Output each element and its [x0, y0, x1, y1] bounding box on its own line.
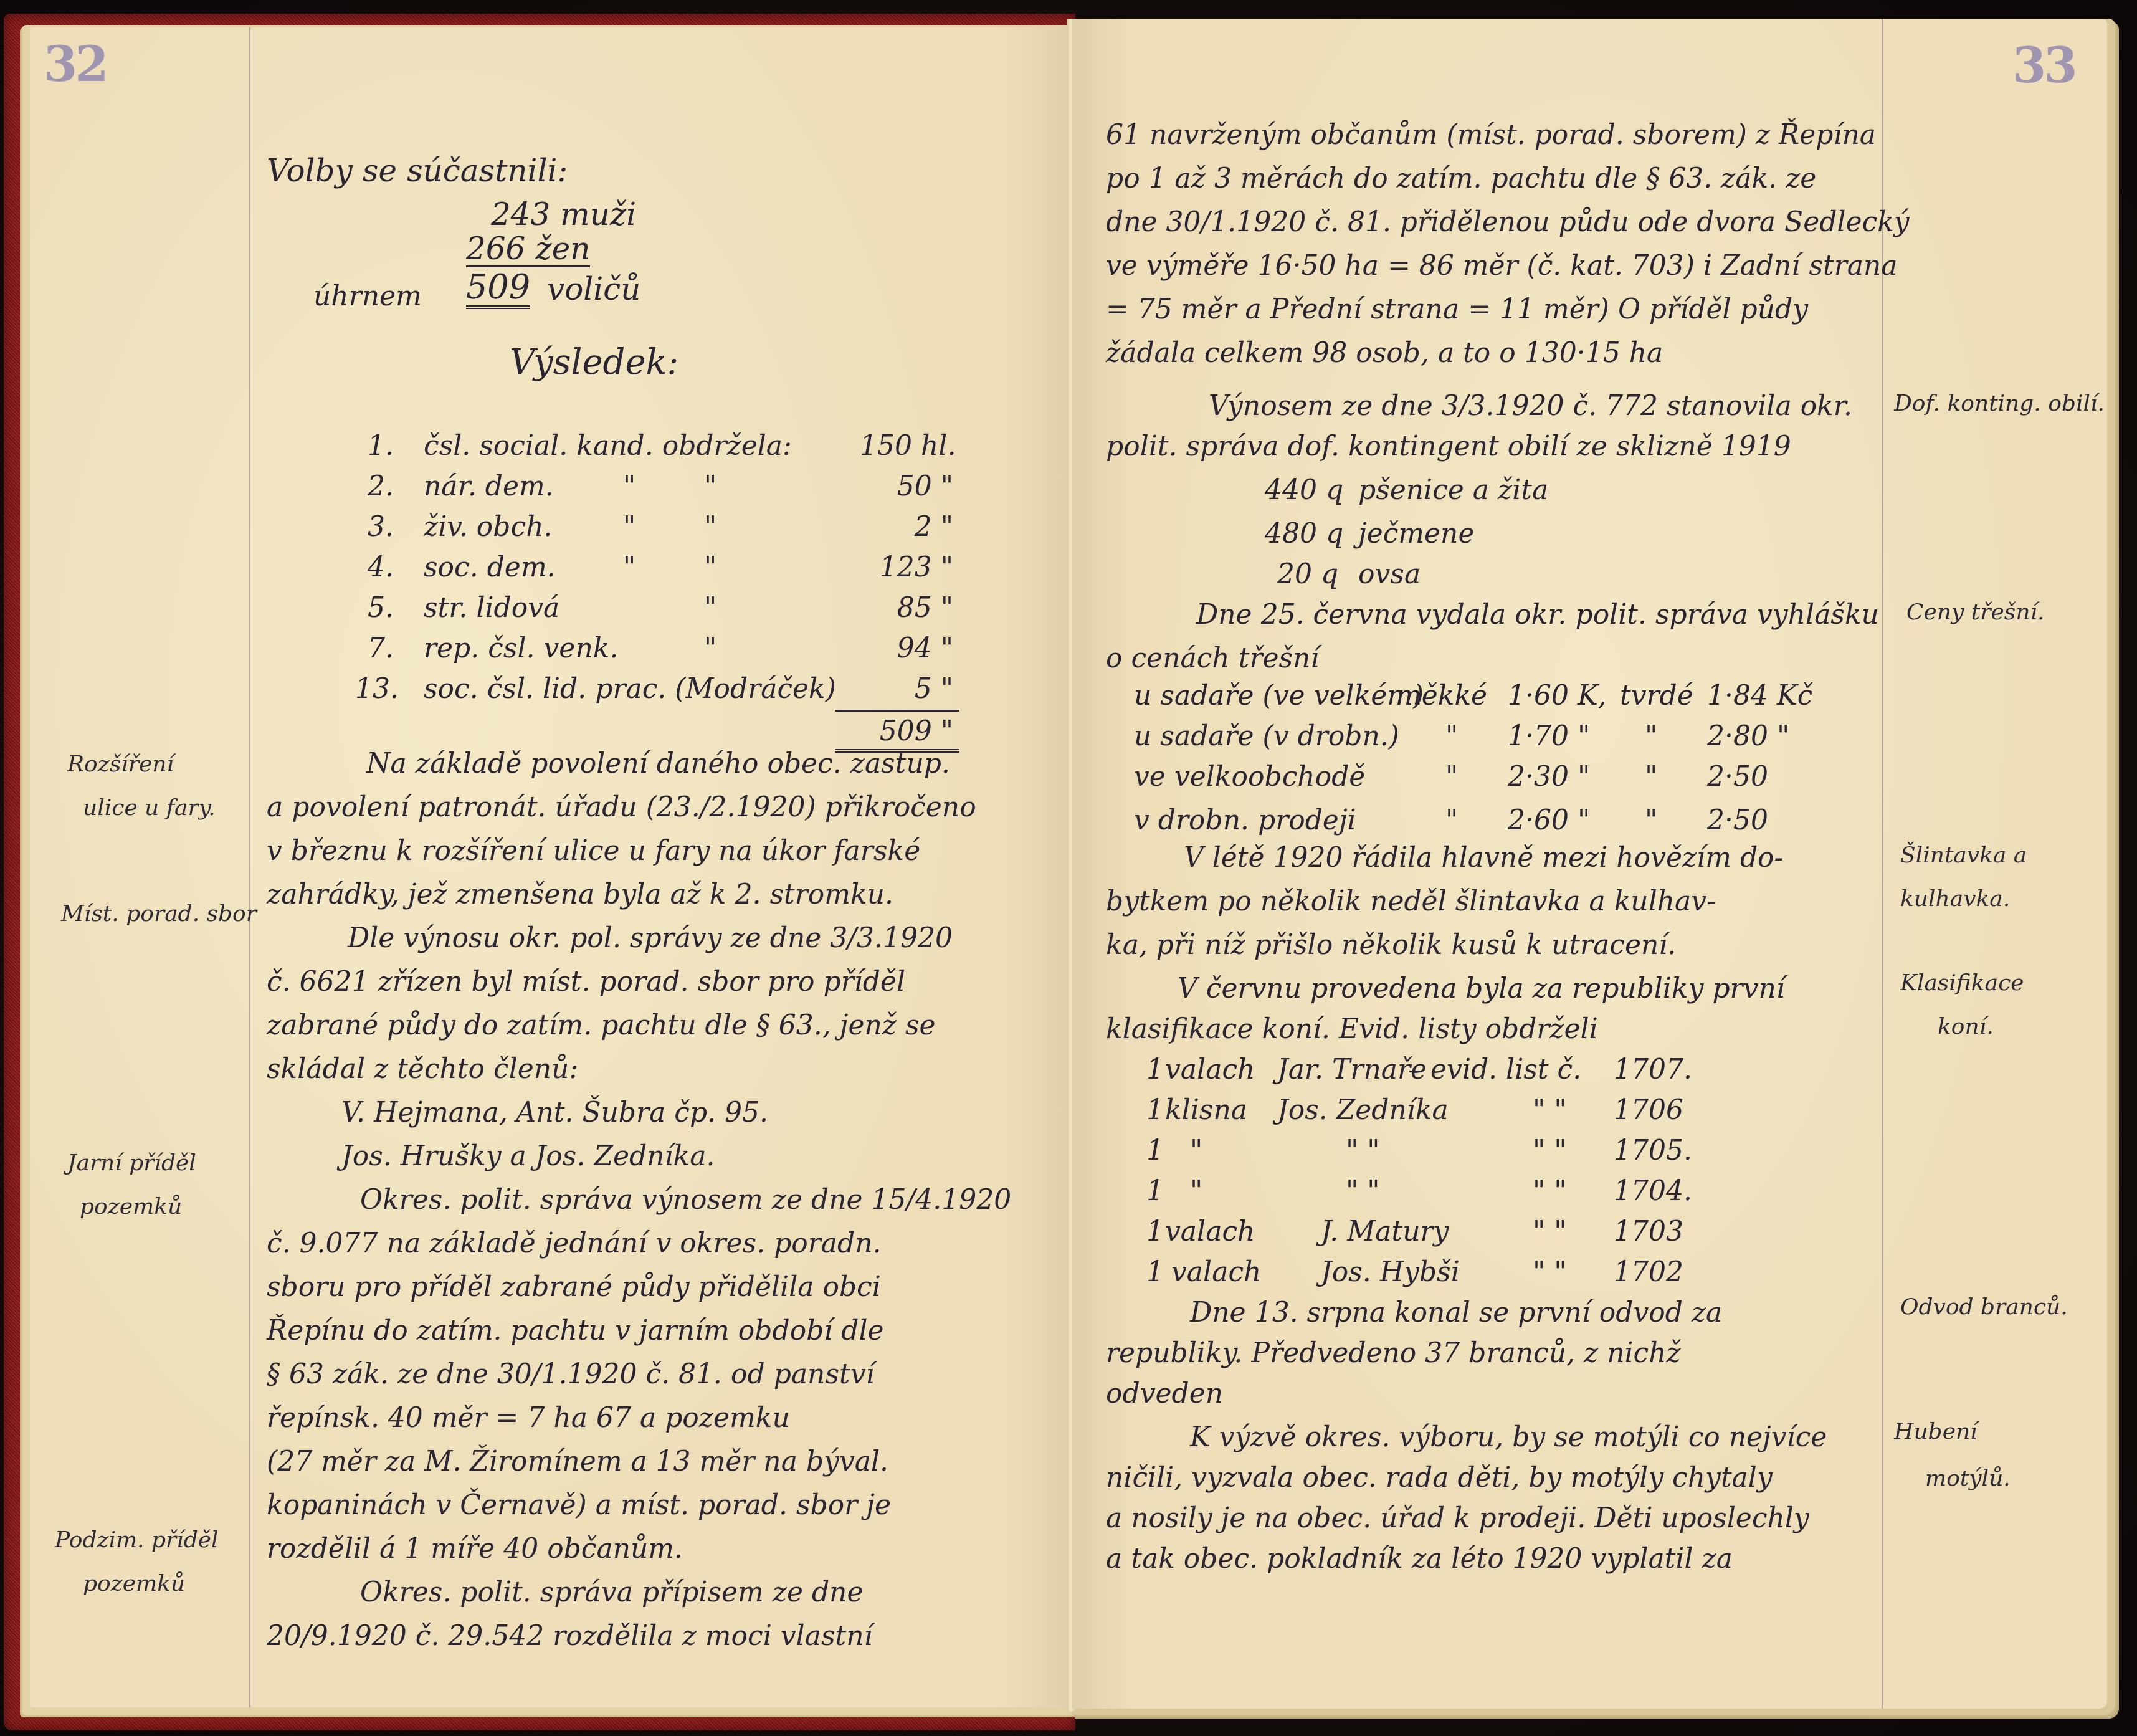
margin-note: Ceny třešní. — [1906, 601, 2044, 624]
grain-quota-amount: 20 q — [1277, 561, 1338, 588]
price-row: u sadaře (v drobn.) " 1·70 " " 2·80 " — [1072, 723, 1944, 754]
margin-note: Odvod branců. — [1900, 1296, 2068, 1319]
text-line: a povolení patronát. úřadu (23./2.1920) … — [267, 794, 976, 821]
margin-note: Podzim. příděl — [55, 1529, 219, 1552]
text-line: Dle výnosu okr. pol. správy ze dne 3/3.1… — [348, 925, 953, 952]
election-men: 243 muži — [491, 199, 636, 230]
text-line: rozdělil á 1 míře 40 občanům. — [267, 1535, 683, 1563]
grain-quota-crop: ječmene — [1358, 520, 1474, 548]
text-line: ka, při níž přišlo několik kusů k utrace… — [1106, 932, 1676, 959]
text-line: Na základě povolení daného obec. zastup. — [366, 750, 950, 778]
horse-row: 1 " " " " " 1704. — [1072, 1178, 1819, 1209]
margin-note: Jarní příděl — [67, 1152, 196, 1175]
right-page: 33 61 navrženým občanům (míst. porad. sb… — [1072, 19, 2107, 1709]
text-line: klasifikace koní. Evid. listy obdrželi — [1106, 1016, 1598, 1043]
election-total-value: 509 — [466, 270, 530, 309]
margin-note: koní. — [1938, 1016, 1994, 1038]
text-line: Jos. Hrušky a Jos. Zedníka. — [341, 1143, 715, 1170]
text-line: a tak obec. pokladník za léto 1920 vypla… — [1106, 1545, 1733, 1573]
margin-note: ulice u fary. — [83, 797, 216, 819]
results-row: 2. nár. dem. " " 50 " — [30, 473, 1042, 504]
text-line: 61 navrženým občanům (míst. porad. sbore… — [1106, 122, 1876, 149]
text-line: zahrádky, jež zmenšena byla až k 2. stro… — [267, 881, 893, 909]
text-line: V. Hejmana, Ant. Šubra čp. 95. — [341, 1099, 768, 1127]
text-line: (27 měr za M. Žiromínem a 13 měr na býva… — [267, 1448, 888, 1476]
text-line: sboru pro příděl zabrané půdy přidělila … — [267, 1274, 881, 1301]
text-line: 20/9.1920 č. 29.542 rozdělila z moci vla… — [267, 1623, 873, 1650]
text-line: řepínsk. 40 měr = 7 ha 67 a pozemku — [267, 1405, 790, 1432]
text-line: Dne 13. srpna konal se první odvod za — [1190, 1299, 1722, 1327]
text-line: zabrané půdy do zatím. pachtu dle § 63.,… — [267, 1012, 936, 1039]
grain-quota-crop: pšenice a žita — [1358, 477, 1548, 504]
price-row: u sadaře (ve velkém) měkké 1·60 K, tvrdé… — [1072, 682, 1944, 713]
margin-note: Míst. porad. sbor — [61, 903, 257, 925]
grain-quota-amount: 480 q — [1265, 520, 1343, 548]
sum-rule — [835, 710, 959, 712]
horse-row: 1 valach Jos. Hybši " " 1702 — [1072, 1259, 1819, 1290]
results-heading: Výsledek: — [510, 345, 678, 380]
horse-row: 1 valach Jar. Trnaře – evid. list č. 170… — [1072, 1056, 1819, 1087]
results-row: 5. str. lidová " 85 " — [30, 594, 1042, 626]
text-line: polit. správa dof. kontingent obilí ze s… — [1106, 433, 1791, 460]
left-page: 32 Volby se súčastnili: 243 muži 266 žen… — [30, 27, 1072, 1707]
text-line: ničili, vyzvala obec. rada děti, by motý… — [1106, 1464, 1773, 1492]
margin-note: pozemků — [83, 1573, 185, 1595]
horse-row: 1 valach J. Matury " " 1703 — [1072, 1218, 1819, 1249]
margin-note: motýlů. — [1925, 1467, 2011, 1490]
text-line: žádala celkem 98 osob, a to o 130·15 ha — [1106, 340, 1663, 367]
text-line: kopaninách v Černavě) a míst. porad. sbo… — [267, 1492, 891, 1519]
text-line: v březnu k rozšíření ulice u fary na úko… — [267, 837, 920, 865]
margin-note: Hubení — [1894, 1421, 1978, 1443]
margin-note: Rozšíření — [67, 753, 174, 776]
margin-note: kulhavka. — [1900, 888, 2010, 910]
horse-row: 1 klisna Jos. Zedníka " " 1706 — [1072, 1097, 1819, 1128]
text-line: Okres. polit. správa výnosem ze dne 15/4… — [360, 1186, 1011, 1214]
text-line: Řepínu do zatím. pachtu v jarním období … — [267, 1317, 884, 1345]
margin-note: Šlintavka a — [1900, 844, 2027, 867]
price-row: ve velkoobchodě " 2·30 " " 2·50 — [1072, 763, 1944, 794]
election-heading: Volby se súčastnili: — [267, 155, 568, 186]
margin-note: Klasifikace — [1900, 972, 2024, 994]
text-line: č. 6621 zřízen byl míst. porad. sbor pro… — [267, 968, 905, 996]
text-line: č. 9.077 na základě jednání v okres. por… — [267, 1230, 882, 1257]
margin-note: pozemků — [80, 1196, 182, 1218]
page-number-stamp: 33 — [2012, 37, 2075, 94]
results-row: 1. čsl. social. kand. obdržela: 150 hl. — [30, 432, 1042, 464]
results-sum-row: 509 " — [30, 718, 1042, 749]
results-row: 4. soc. dem. " " 123 " — [30, 554, 1042, 585]
election-total-label: úhrnem — [313, 283, 422, 310]
text-line: K výzvě okres. výboru, by se motýli co n… — [1190, 1424, 1827, 1451]
page-number-stamp: 32 — [44, 36, 107, 93]
text-line: V létě 1920 řádila hlavně mezi hovězím d… — [1184, 844, 1783, 872]
text-line: skládal z těchto členů: — [267, 1056, 578, 1083]
text-line: Výnosem ze dne 3/3.1920 č. 772 stanovila… — [1209, 393, 1852, 420]
results-row: 13. soc. čsl. lid. prac. (Modráček) 5 " — [30, 675, 1042, 707]
text-line: o cenách třešní — [1106, 645, 1319, 672]
election-women: 266 žen — [466, 233, 590, 267]
text-line: = 75 měr a Přední strana = 11 měr) O pří… — [1106, 296, 1808, 323]
text-line: V červnu provedena byla za republiky prv… — [1178, 975, 1785, 1003]
grain-quota-amount: 440 q — [1265, 477, 1343, 504]
text-line: po 1 až 3 měrách do zatím. pachtu dle § … — [1106, 165, 1816, 193]
results-row: 3. živ. obch. " " 2 " — [30, 513, 1042, 545]
text-line: Okres. polit. správa přípisem ze dne — [360, 1579, 864, 1606]
price-row: v drobn. prodeji " 2·60 " " 2·50 — [1072, 807, 1944, 838]
text-line: republiky. Předvedeno 37 branců, z nichž — [1106, 1340, 1681, 1367]
text-line: odveden — [1106, 1380, 1223, 1408]
text-line: a nosily je na obec. úřad k prodeji. Dět… — [1106, 1505, 1809, 1532]
horse-row: 1 " " " " " 1705. — [1072, 1137, 1819, 1168]
grain-quota-crop: ovsa — [1358, 561, 1421, 588]
text-line: bytkem po několik neděl šlintavka a kulh… — [1106, 888, 1716, 915]
margin-rule — [249, 27, 250, 1707]
results-row: 7. rep. čsl. venk. " 94 " — [30, 635, 1042, 666]
text-line: § 63 zák. ze dne 30/1.1920 č. 81. od pan… — [267, 1361, 875, 1388]
text-line: dne 30/1.1920 č. 81. přidělenou půdu ode… — [1106, 209, 1910, 236]
margin-note: Dof. konting. obilí. — [1894, 393, 2105, 415]
text-line: ve výměře 16·50 ha = 86 měr (č. kat. 703… — [1106, 252, 1898, 280]
text-line: Dne 25. června vydala okr. polit. správa… — [1196, 601, 1879, 629]
election-total-unit: voličů — [547, 274, 641, 305]
